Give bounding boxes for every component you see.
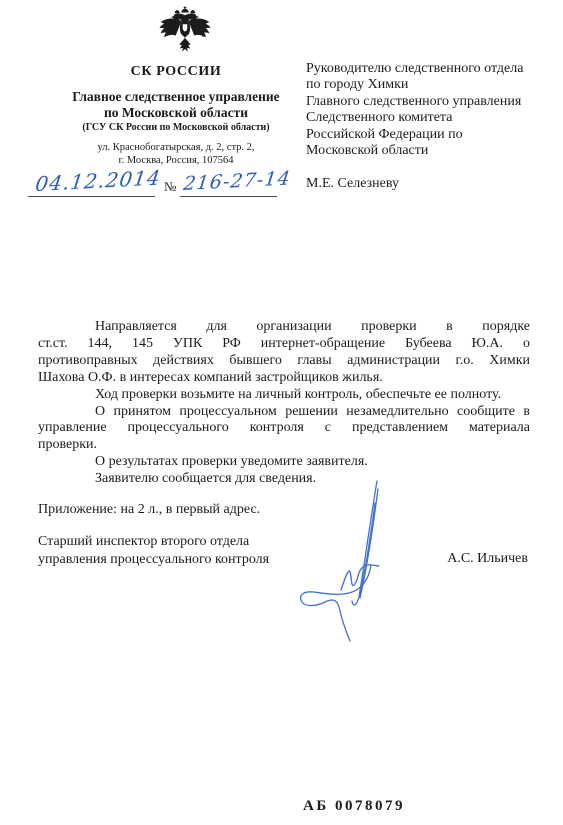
body-paragraph: О принятом процессуальном решении незаме…: [38, 404, 530, 455]
body-line: проверки.: [38, 437, 530, 454]
signer-name: А.С. Ильичев: [404, 551, 528, 567]
recipient-address-line: Руководителю следственного отдела: [306, 61, 556, 77]
recipient-address-lines: Руководителю следственного отделапо горо…: [306, 61, 556, 159]
body-line: ст.ст. 144, 145 УПК РФ интернет-обращени…: [38, 336, 530, 353]
recipient-block: Руководителю следственного отделапо горо…: [306, 61, 556, 193]
recipient-address-line: Российской Федерации по: [306, 127, 556, 143]
recipient-address-line: Главного следственного управления: [306, 94, 556, 110]
letterhead-org-block: СК РОССИИ Главное следственное управлени…: [20, 64, 332, 167]
body-paragraph: Ход проверки возьмите на личный контроль…: [38, 387, 530, 404]
org-division-line2: по Московской области: [20, 105, 332, 121]
attachment-note: Приложение: на 2 л., в первый адрес.: [38, 502, 260, 518]
body-line: Шахова О.Ф. в интересах компаний застрой…: [38, 370, 530, 387]
body-line: Заявителю сообщается для сведения.: [38, 471, 530, 488]
recipient-name: М.Е. Селезневу: [306, 176, 556, 192]
body-paragraph: О результатах проверки уведомите заявите…: [38, 454, 530, 471]
body-paragraph: Направляется для организации проверки в …: [38, 319, 530, 387]
org-address-line1: ул. Краснобогатырская, д. 2, стр. 2,: [20, 141, 332, 154]
signer-position-line1: Старший инспектор второго отдела: [38, 533, 269, 551]
org-abbreviation: (ГСУ СК России по Московской области): [20, 122, 332, 133]
recipient-address-line: по городу Химки: [306, 77, 556, 93]
recipient-address-line: Московской области: [306, 143, 556, 159]
body-paragraph: Заявителю сообщается для сведения.: [38, 471, 530, 488]
scanned-letter-page: СК РОССИИ Главное следственное управлени…: [0, 0, 563, 825]
form-number: АБ 0078079: [303, 798, 405, 815]
body-line: О результатах проверки уведомите заявите…: [38, 454, 530, 471]
date-field: 04.12.2014: [28, 166, 155, 197]
handwritten-number: 216-27-14: [182, 166, 292, 196]
body-line: Ход проверки возьмите на личный контроль…: [38, 387, 530, 404]
body-line: управление процессуального контроля с пр…: [38, 420, 530, 437]
body-line: противоправных действиях бывшего главы а…: [38, 353, 530, 370]
signer-position: Старший инспектор второго отдела управле…: [38, 533, 269, 568]
body-line: Направляется для организации проверки в …: [38, 319, 530, 336]
coat-of-arms: [156, 6, 214, 58]
body-line: О принятом процессуальном решении незаме…: [38, 404, 530, 421]
number-field: 216-27-14: [180, 166, 277, 197]
date-number-line: 04.12.2014 № 216-27-14: [28, 166, 277, 197]
recipient-address-line: Следственного комитета: [306, 110, 556, 126]
body-text: Направляется для организации проверки в …: [38, 319, 530, 488]
double-headed-eagle-icon: [156, 6, 214, 58]
org-name: СК РОССИИ: [20, 64, 332, 80]
org-division-line1: Главное следственное управление: [20, 89, 332, 105]
signer-position-line2: управления процессуального контроля: [38, 551, 269, 569]
handwritten-date: 04.12.2014: [34, 166, 162, 196]
